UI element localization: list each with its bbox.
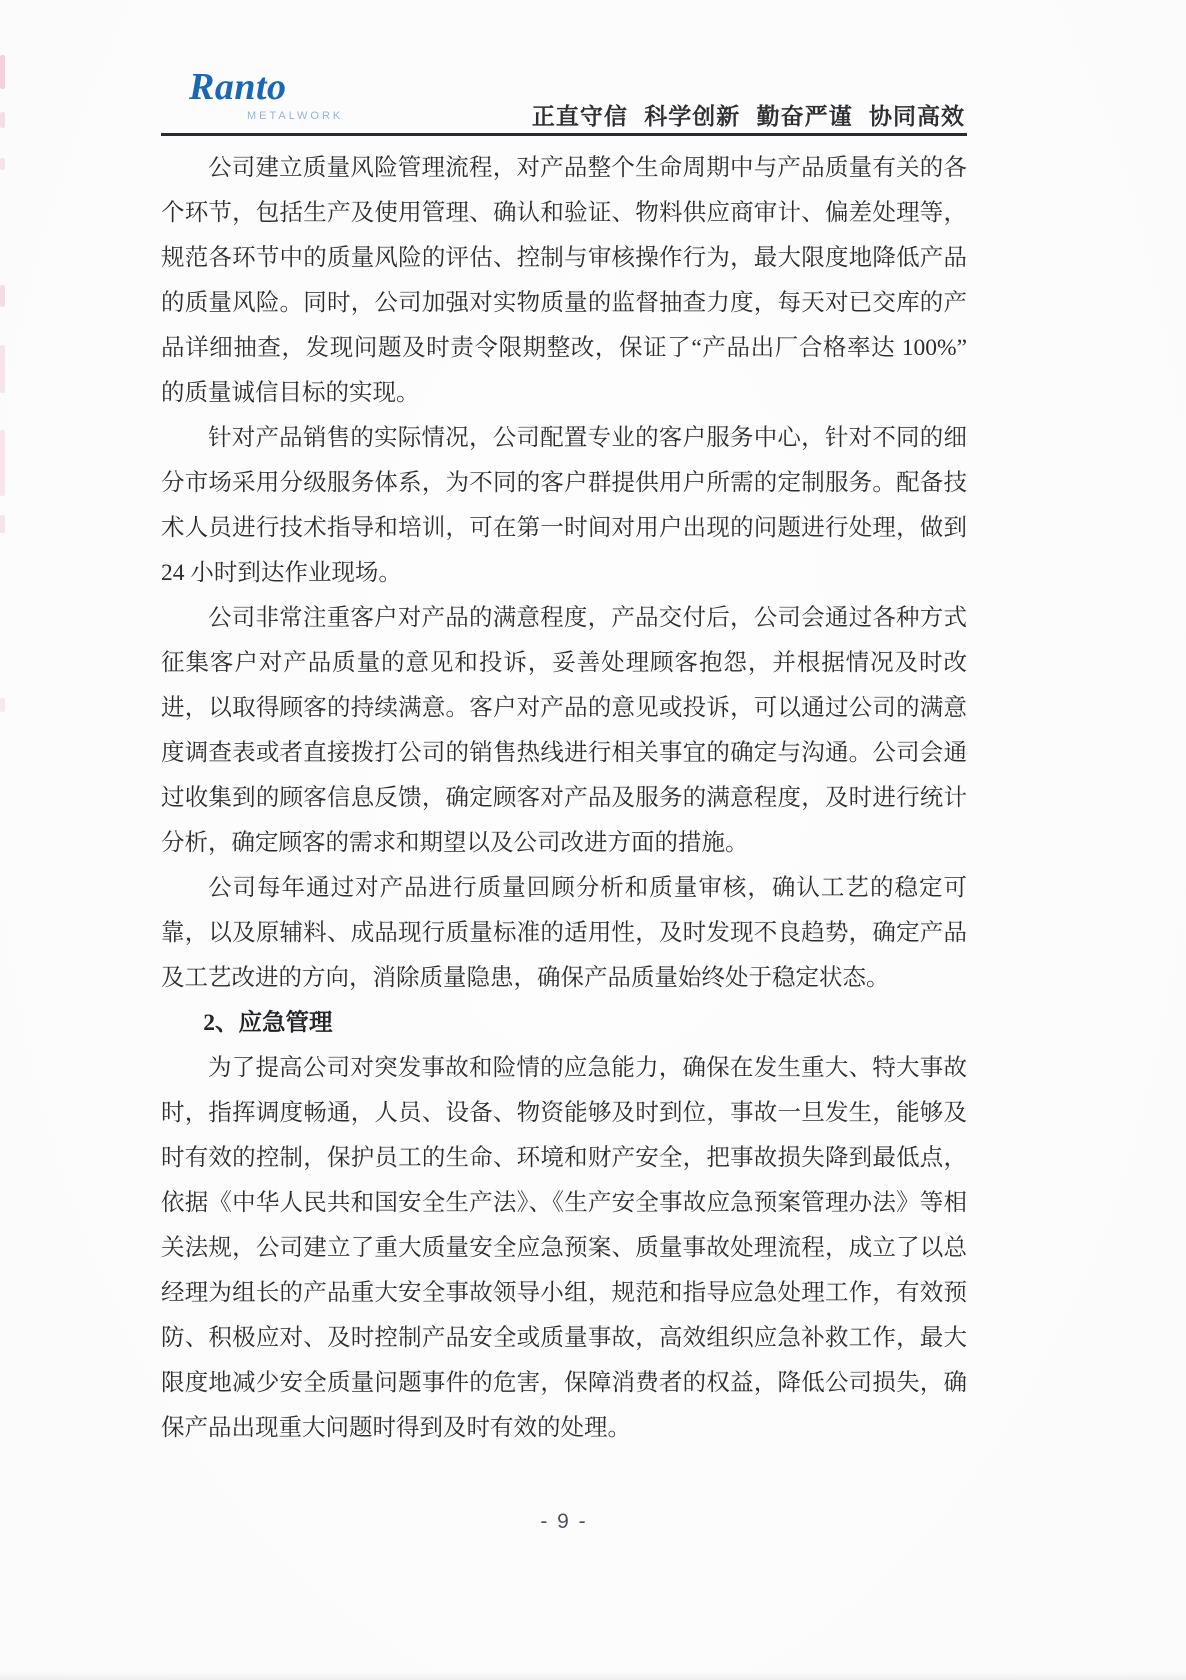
page-footer: - 9 - — [161, 1510, 967, 1534]
scan-artifact-mark — [0, 430, 5, 496]
scan-bottom-shade — [0, 1672, 1186, 1680]
scan-edge-artifacts — [0, 0, 10, 1680]
scan-artifact-mark — [0, 515, 5, 533]
scanned-document-page: Ranto METALWORK 正直守信 科学创新 勤奋严谨 协同高效 公司建立… — [0, 0, 1186, 1680]
document-body: 公司建立质量风险管理流程，对产品整个生命周期中与产品质量有关的各个环节，包括生产… — [161, 146, 967, 1451]
paragraph: 公司每年通过对产品进行质量回顾分析和质量审核，确认工艺的稳定可靠，以及原辅料、成… — [161, 866, 967, 1001]
scan-artifact-mark — [0, 285, 5, 307]
paragraph: 针对产品销售的实际情况，公司配置专业的客户服务中心，针对不同的细分市场采用分级服… — [161, 416, 967, 596]
page-content: Ranto METALWORK 正直守信 科学创新 勤奋严谨 协同高效 公司建立… — [161, 0, 967, 1680]
scan-artifact-mark — [0, 55, 5, 89]
logo-brand-text: Ranto — [189, 68, 409, 106]
scan-artifact-mark — [0, 112, 5, 128]
scan-artifact-mark — [0, 158, 5, 170]
company-logo: Ranto METALWORK — [189, 68, 409, 122]
logo-subtext: METALWORK — [247, 110, 409, 122]
scan-artifact-mark — [0, 345, 5, 393]
header-divider — [161, 133, 967, 136]
page-number: - 9 - — [540, 1510, 587, 1533]
scan-artifact-mark — [0, 698, 5, 712]
header-slogan: 正直守信 科学创新 勤奋严谨 协同高效 — [532, 98, 965, 131]
section-heading: 2、应急管理 — [161, 1001, 967, 1046]
paragraph: 公司非常注重客户对产品的满意程度，产品交付后，公司会通过各种方式征集客户对产品质… — [161, 596, 967, 866]
paragraph: 公司建立质量风险管理流程，对产品整个生命周期中与产品质量有关的各个环节，包括生产… — [161, 146, 967, 416]
paragraph: 为了提高公司对突发事故和险情的应急能力，确保在发生重大、特大事故时，指挥调度畅通… — [161, 1046, 967, 1451]
